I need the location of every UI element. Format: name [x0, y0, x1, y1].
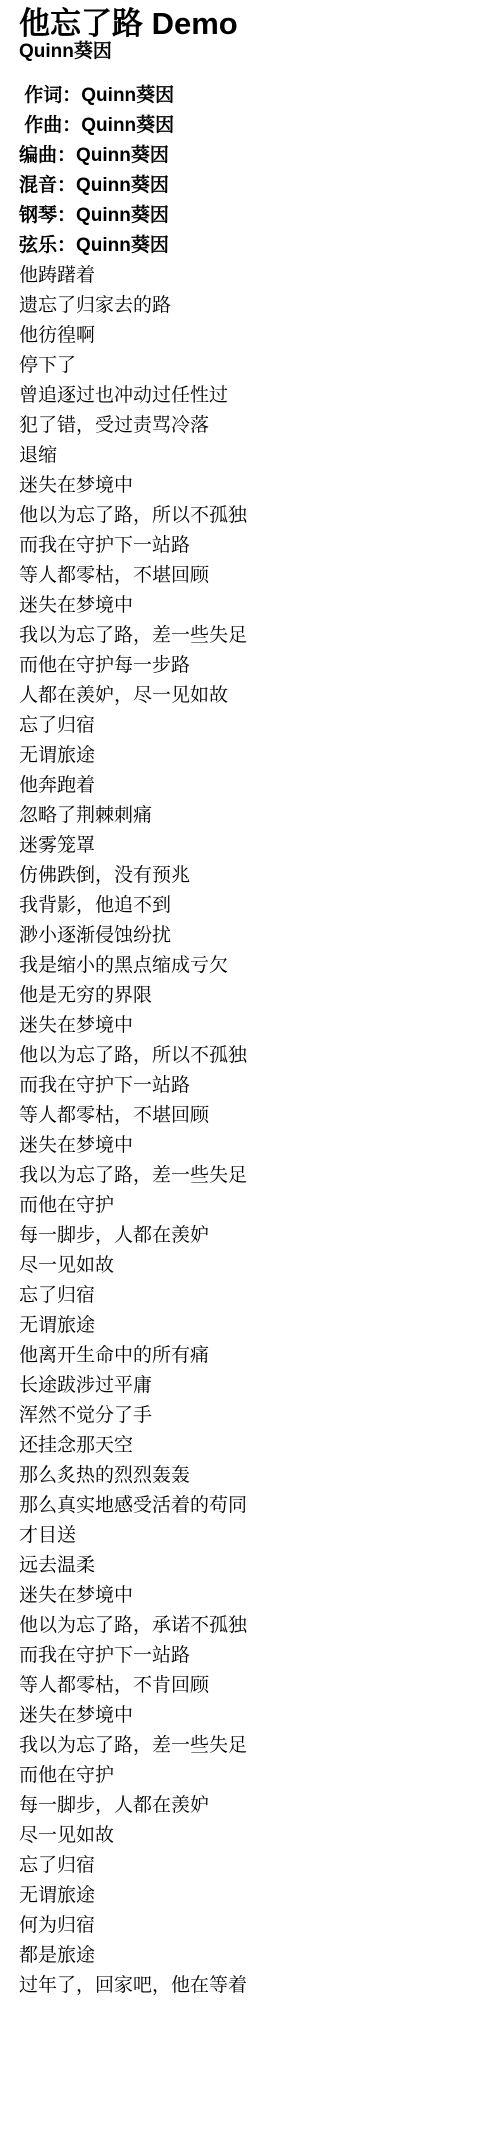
lyric-line: 迷失在梦境中	[19, 591, 480, 621]
lyric-line: 无谓旅途	[19, 1311, 480, 1341]
lyrics-block: 他踌躇着遗忘了归家去的路他彷徨啊停下了曾追逐过也冲动过任性过犯了错，受过责骂冷落…	[19, 261, 480, 2001]
lyric-line: 等人都零枯，不肯回顾	[19, 1671, 480, 1701]
lyric-line: 浑然不觉分了手	[19, 1401, 480, 1431]
credit-line: 弦乐：Quinn葵因	[19, 231, 480, 261]
lyric-line: 尽一见如故	[19, 1251, 480, 1281]
lyric-line: 才目送	[19, 1521, 480, 1551]
lyric-line: 等人都零枯，不堪回顾	[19, 561, 480, 591]
lyric-line: 退缩	[19, 441, 480, 471]
lyric-line: 每一脚步，人都在羡妒	[19, 1221, 480, 1251]
lyric-line: 他踌躇着	[19, 261, 480, 291]
lyric-line: 我以为忘了路，差一些失足	[19, 1731, 480, 1761]
lyric-line: 那么真实地感受活着的苟同	[19, 1491, 480, 1521]
lyric-line: 我背影，他追不到	[19, 891, 480, 921]
lyric-line: 他离开生命中的所有痛	[19, 1341, 480, 1371]
lyric-line: 而我在守护下一站路	[19, 1071, 480, 1101]
lyric-line: 遗忘了归家去的路	[19, 291, 480, 321]
lyric-line: 他以为忘了路，所以不孤独	[19, 1041, 480, 1071]
credits-block: 作词：Quinn葵因 作曲：Quinn葵因编曲：Quinn葵因混音：Quinn葵…	[19, 81, 480, 261]
artist-name: Quinn葵因	[19, 40, 480, 64]
lyric-line: 忘了归宿	[19, 1851, 480, 1881]
lyric-line: 渺小逐渐侵蚀纷扰	[19, 921, 480, 951]
lyric-line: 迷失在梦境中	[19, 471, 480, 501]
lyric-line: 而他在守护每一步路	[19, 651, 480, 681]
lyric-line: 他奔跑着	[19, 771, 480, 801]
lyric-line: 迷失在梦境中	[19, 1581, 480, 1611]
lyric-line: 远去温柔	[19, 1551, 480, 1581]
lyric-line: 他彷徨啊	[19, 321, 480, 351]
lyric-line: 等人都零枯，不堪回顾	[19, 1101, 480, 1131]
page-title: 他忘了路 Demo	[19, 7, 480, 40]
lyric-line: 他以为忘了路，所以不孤独	[19, 501, 480, 531]
lyric-line: 而我在守护下一站路	[19, 531, 480, 561]
lyric-line: 忽略了荆棘刺痛	[19, 801, 480, 831]
lyric-line: 还挂念那天空	[19, 1431, 480, 1461]
credit-line: 钢琴：Quinn葵因	[19, 201, 480, 231]
lyric-line: 尽一见如故	[19, 1821, 480, 1851]
lyric-line: 忘了归宿	[19, 711, 480, 741]
lyric-line: 我以为忘了路，差一些失足	[19, 1161, 480, 1191]
lyric-line: 我是缩小的黑点缩成亏欠	[19, 951, 480, 981]
lyric-line: 无谓旅途	[19, 741, 480, 771]
credit-line: 作词：Quinn葵因	[19, 81, 480, 111]
lyric-line: 停下了	[19, 351, 480, 381]
lyric-line: 长途跋涉过平庸	[19, 1371, 480, 1401]
lyric-line: 而他在守护	[19, 1191, 480, 1221]
lyric-line: 都是旅途	[19, 1941, 480, 1971]
lyric-line: 迷雾笼罩	[19, 831, 480, 861]
lyric-line: 而他在守护	[19, 1761, 480, 1791]
lyric-line: 仿佛跌倒，没有预兆	[19, 861, 480, 891]
lyric-line: 他是无穷的界限	[19, 981, 480, 1011]
lyric-line: 那么炙热的烈烈轰轰	[19, 1461, 480, 1491]
lyric-line: 而我在守护下一站路	[19, 1641, 480, 1671]
lyric-line: 我以为忘了路，差一些失足	[19, 621, 480, 651]
lyric-line: 何为归宿	[19, 1911, 480, 1941]
lyric-line: 每一脚步，人都在羡妒	[19, 1791, 480, 1821]
credit-line: 编曲：Quinn葵因	[19, 141, 480, 171]
lyric-line: 迷失在梦境中	[19, 1701, 480, 1731]
lyrics-page: { "page": { "title": "他忘了路 Demo", "artis…	[0, 7, 500, 2147]
lyric-line: 过年了，回家吧，他在等着	[19, 1971, 480, 2001]
lyric-line: 无谓旅途	[19, 1881, 480, 1911]
lyric-line: 曾追逐过也冲动过任性过	[19, 381, 480, 411]
lyric-line: 犯了错，受过责骂冷落	[19, 411, 480, 441]
lyric-line: 迷失在梦境中	[19, 1011, 480, 1041]
lyric-line: 他以为忘了路，承诺不孤独	[19, 1611, 480, 1641]
lyrics-container: 他忘了路 Demo Quinn葵因 作词：Quinn葵因 作曲：Quinn葵因编…	[0, 7, 500, 2141]
lyric-line: 迷失在梦境中	[19, 1131, 480, 1161]
credit-line: 混音：Quinn葵因	[19, 171, 480, 201]
lyric-line: 忘了归宿	[19, 1281, 480, 1311]
credit-line: 作曲：Quinn葵因	[19, 111, 480, 141]
lyric-line: 人都在羡妒，尽一见如故	[19, 681, 480, 711]
